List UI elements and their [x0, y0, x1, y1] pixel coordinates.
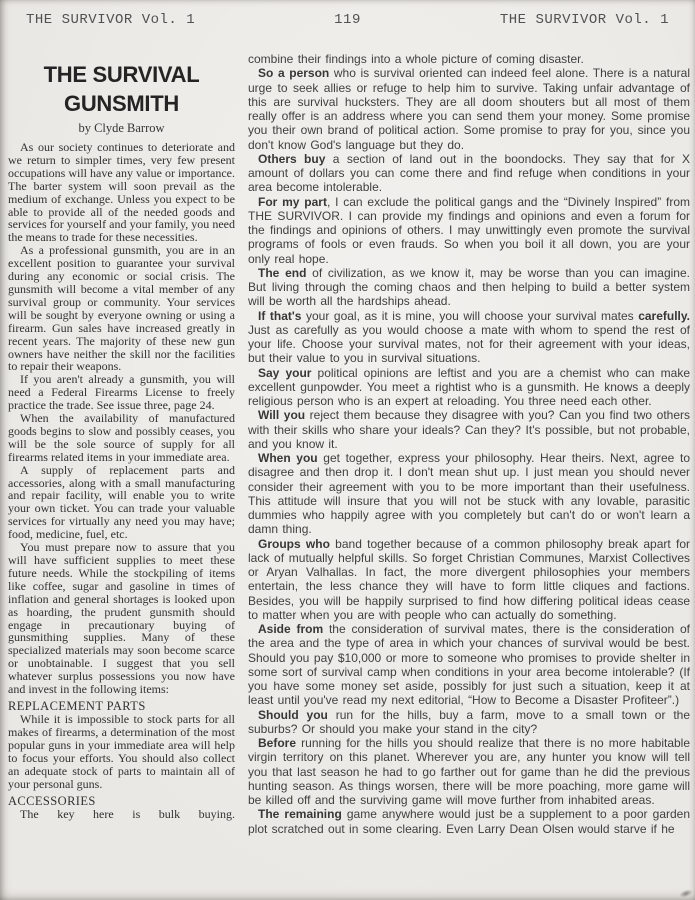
article-paragraph: While it is impossible to stock parts fo… [8, 713, 235, 790]
paragraph-text: political opinions are leftist and you a… [248, 366, 690, 409]
paragraph-text: combine their findings into a whole pict… [248, 52, 584, 66]
article-paragraph: A supply of replacement parts and access… [8, 464, 235, 541]
page-number: 119 [334, 12, 361, 28]
article-paragraph: Aside from the consideration of survival… [248, 622, 690, 708]
page-body: THE SURVIVAL GUNSMITH by Clyde Barrow As… [0, 28, 695, 836]
paragraph-lead-in: When you [258, 451, 318, 465]
left-column: THE SURVIVAL GUNSMITH by Clyde Barrow As… [8, 28, 235, 836]
paragraph-lead-in: Should you [258, 708, 328, 722]
paragraph-text: Just as carefully as you would choose a … [248, 323, 690, 366]
right-column: combine their findings into a whole pict… [248, 28, 690, 836]
article-paragraph: Others buy a section of land out in the … [248, 152, 690, 195]
article-paragraph: Say your political opinions are leftist … [248, 366, 690, 409]
article-paragraph: When you get together, express your phil… [248, 451, 690, 537]
header-journal-title-right: THE SURVIVOR Vol. 1 [500, 12, 669, 28]
header-journal-title-left: THE SURVIVOR Vol. 1 [26, 12, 195, 28]
paragraph-lead-in: Will you [258, 408, 305, 422]
paragraph-lead-in: Others buy [258, 152, 325, 166]
paragraph-lead-in: Before [258, 736, 296, 750]
article-paragraph: If you aren't already a gunsmith, you wi… [8, 373, 235, 412]
paragraph-text: of civilization, as we know it, may be w… [248, 266, 690, 309]
article-title: THE SURVIVAL GUNSMITH [14, 60, 229, 118]
article-paragraph: As a professional gunsmith, you are in a… [8, 244, 235, 373]
paragraph-lead-in: carefully. [638, 309, 690, 323]
scan-artifact-smudge [678, 888, 694, 899]
running-header: THE SURVIVOR Vol. 1 119 THE SURVIVOR Vol… [0, 0, 695, 28]
article-paragraph: When the availability of manufactured go… [8, 412, 235, 464]
right-column-content: combine their findings into a whole pict… [248, 52, 690, 836]
article-paragraph: Before running for the hills you should … [248, 736, 690, 807]
paragraph-lead-in: The remaining [258, 807, 342, 821]
paragraph-text: reject them because they disagree with y… [248, 408, 690, 451]
article-paragraph: The key here is bulk buying. [8, 808, 235, 821]
article-paragraph: Will you reject them because they disagr… [248, 408, 690, 451]
paragraph-text: running for the hills you should realize… [248, 736, 690, 807]
scanned-page: THE SURVIVOR Vol. 1 119 THE SURVIVOR Vol… [0, 0, 695, 900]
paragraph-lead-in: Aside from [258, 622, 323, 636]
article-paragraph: You must prepare now to assure that you … [8, 541, 235, 696]
paragraph-lead-in: The end [258, 266, 306, 280]
paragraph-lead-in: Groups who [258, 537, 330, 551]
article-paragraph: If that's your goal, as it is mine, you … [248, 309, 690, 366]
article-paragraph: So a person who is survival oriented can… [248, 66, 690, 152]
left-column-content: As our society continues to deteriorate … [8, 141, 235, 821]
paragraph-lead-in: For my part [258, 195, 327, 209]
article-paragraph: The end of civilization, as we know it, … [248, 266, 690, 309]
section-heading: REPLACEMENT PARTS [8, 700, 235, 714]
paragraph-text: your goal, as it is mine, you will choos… [301, 309, 638, 323]
article-byline: by Clyde Barrow [8, 121, 235, 136]
paragraph-lead-in: Say your [258, 366, 311, 380]
article-paragraph: combine their findings into a whole pict… [248, 52, 690, 66]
article-paragraph: The remaining game anywhere would just b… [248, 807, 690, 836]
article-paragraph: Groups who band together because of a co… [248, 537, 690, 623]
article-paragraph: As our society continues to deteriorate … [8, 141, 235, 244]
article-paragraph: For my part, I can exclude the political… [248, 195, 690, 266]
paragraph-lead-in: So a person [258, 66, 329, 80]
section-heading: ACCESSORIES [8, 795, 235, 809]
article-paragraph: Should you run for the hills, buy a farm… [248, 708, 690, 737]
paragraph-lead-in: If that's [258, 309, 301, 323]
